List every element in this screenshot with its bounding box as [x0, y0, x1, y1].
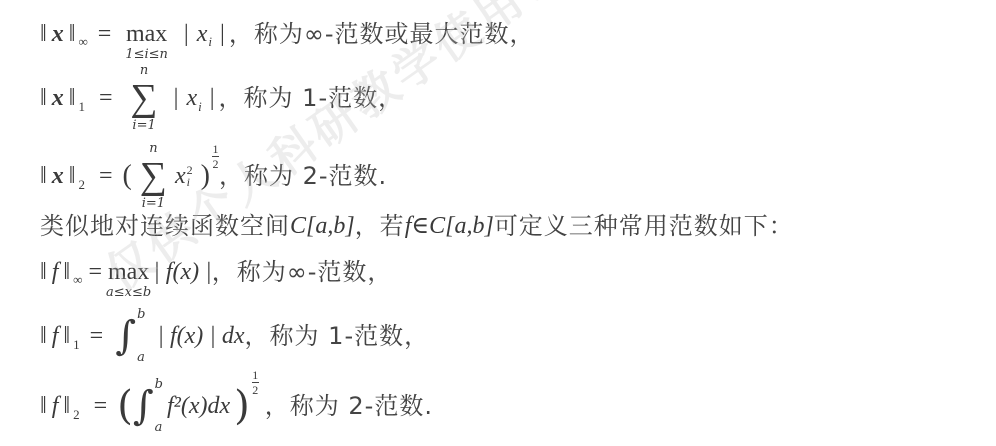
vector-x: x: [52, 22, 64, 46]
exp-denominator: 2: [252, 384, 258, 396]
norm-subscript: ∞: [73, 273, 82, 286]
element-of: ∈: [411, 214, 429, 238]
norm-bar-open: ‖: [40, 324, 47, 348]
integral-upper: b: [155, 378, 163, 391]
norm-bar-close: ‖: [69, 86, 76, 110]
abs-close: |: [220, 22, 225, 46]
description-text: ，称为 1-范数，: [245, 324, 430, 348]
formula-vector-inf-norm: ‖ x ‖ ∞ = max 1≤i≤n | x i | ，称为∞-范数或最大范数…: [40, 14, 534, 53]
sum-upper: n: [140, 64, 148, 77]
equals-sign: =: [88, 260, 102, 284]
term-x: x: [175, 164, 186, 188]
term-subscript: i: [187, 176, 193, 188]
integral-lower: a: [137, 351, 145, 364]
abs-f-of-x: | f(x) |: [153, 260, 212, 284]
function-space: C[a,b]: [290, 214, 355, 238]
integral-sign-icon: ∫: [133, 386, 154, 426]
equals-sign: =: [90, 324, 104, 348]
sigma-symbol: ∑: [140, 157, 167, 195]
function-f: f: [52, 324, 59, 348]
max-label: max: [126, 22, 167, 46]
norm-bar-close: ‖: [63, 324, 70, 348]
formula-function-inf-norm: ‖ f ‖ ∞ = max a≤x≤b | f(x) | ，称为∞-范数，: [40, 252, 392, 291]
term-subscript: i: [208, 35, 212, 48]
term-scripts: 2 i: [187, 164, 193, 188]
description-text: ，称为 1-范数，: [219, 86, 404, 110]
exponent-fraction: 1 2: [252, 369, 259, 396]
sigma-symbol: ∑: [131, 79, 158, 117]
max-label: max: [108, 260, 149, 284]
paren-open: (: [123, 162, 132, 190]
function-f: f: [52, 260, 59, 284]
norm-bar-open: ‖: [40, 22, 47, 46]
norm-subscript: ∞: [79, 35, 88, 48]
sum-lower: i=1: [132, 119, 155, 132]
sum-upper: n: [149, 142, 157, 155]
term-x: x: [186, 86, 197, 110]
integral: ∫ b a: [115, 308, 145, 364]
max-operator: max 1≤i≤n: [125, 22, 168, 61]
norm-subscript: 1: [79, 100, 86, 113]
paren-close: ): [201, 162, 210, 190]
exp-denominator: 2: [212, 158, 218, 170]
description-text: ，称为∞-范数或最大范数，: [229, 22, 535, 46]
norm-bar-close: ‖: [63, 394, 70, 418]
norm-subscript: 2: [73, 408, 80, 421]
exp-numerator: 1: [252, 369, 258, 381]
description-text: ，称为 2-范数.: [219, 164, 387, 188]
equals-sign: =: [98, 22, 112, 46]
exp-numerator: 1: [212, 143, 218, 155]
sum-operator: n ∑ i=1: [131, 64, 158, 132]
abs-open: |: [174, 86, 179, 110]
abs-close: |: [210, 86, 215, 110]
term-subscript: i: [198, 100, 202, 113]
norm-bar-close: ‖: [69, 22, 76, 46]
integrand: | f(x) | dx: [157, 324, 244, 348]
integral-limits: b a: [137, 308, 145, 364]
formula-function-1-norm: ‖ f ‖ 1 = ∫ b a | f(x) | dx ，称为 1-范数，: [40, 308, 429, 364]
sum-lower: i=1: [142, 197, 165, 210]
paren-close: ): [234, 386, 250, 426]
norm-bar-open: ‖: [40, 164, 47, 188]
formula-vector-2-norm: ‖ x ‖ 2 = ( n ∑ i=1 x 2 i ) 1 2 ，称为 2-范数…: [40, 142, 387, 210]
sum-operator: n ∑ i=1: [140, 142, 167, 210]
integral-upper: b: [137, 308, 145, 321]
integrand: f²(x)dx: [167, 394, 230, 418]
integral: ∫ b a: [133, 378, 163, 434]
function-f: f: [405, 214, 412, 238]
max-operator: max a≤x≤b: [106, 260, 151, 299]
term-x: x: [197, 22, 208, 46]
integral-lower: a: [155, 421, 163, 434]
function-space-2: C[a,b]: [429, 214, 494, 238]
description-text: ，称为 2-范数.: [265, 394, 433, 418]
equals-sign: =: [99, 86, 113, 110]
norm-subscript: 1: [73, 338, 80, 351]
norm-bar-open: ‖: [40, 86, 47, 110]
vector-x: x: [52, 86, 64, 110]
prose-text-c: 可定义三种常用范数如下：: [494, 214, 794, 238]
norm-bar-open: ‖: [40, 260, 47, 284]
prose-text-a: 类似地对连续函数空间: [40, 214, 290, 238]
prose-text-b: ，若: [355, 214, 405, 238]
max-range: 1≤i≤n: [125, 48, 168, 61]
paren-open: (: [117, 386, 133, 426]
formula-function-2-norm: ‖ f ‖ 2 = ( ∫ b a f²(x)dx ) 1 2 ，称为 2-范数…: [40, 378, 433, 434]
vector-x: x: [52, 164, 64, 188]
norm-subscript: 2: [79, 178, 86, 191]
formula-vector-1-norm: ‖ x ‖ 1 = n ∑ i=1 | x i | ，称为 1-范数，: [40, 64, 403, 132]
abs-open: |: [184, 22, 189, 46]
integral-sign-icon: ∫: [115, 316, 136, 356]
norm-bar-open: ‖: [40, 394, 47, 418]
max-range: a≤x≤b: [106, 286, 151, 299]
function-f: f: [52, 394, 59, 418]
exponent-fraction: 1 2: [212, 143, 219, 170]
norm-bar-close: ‖: [63, 260, 70, 284]
equals-sign: =: [94, 394, 108, 418]
norm-bar-close: ‖: [69, 164, 76, 188]
prose-continuous-functions: 类似地对连续函数空间 C[a,b] ，若 f ∈ C[a,b] 可定义三种常用范…: [40, 214, 794, 238]
description-text: ，称为∞-范数，: [212, 260, 393, 284]
equals-sign: =: [99, 164, 113, 188]
integral-limits: b a: [155, 378, 163, 434]
